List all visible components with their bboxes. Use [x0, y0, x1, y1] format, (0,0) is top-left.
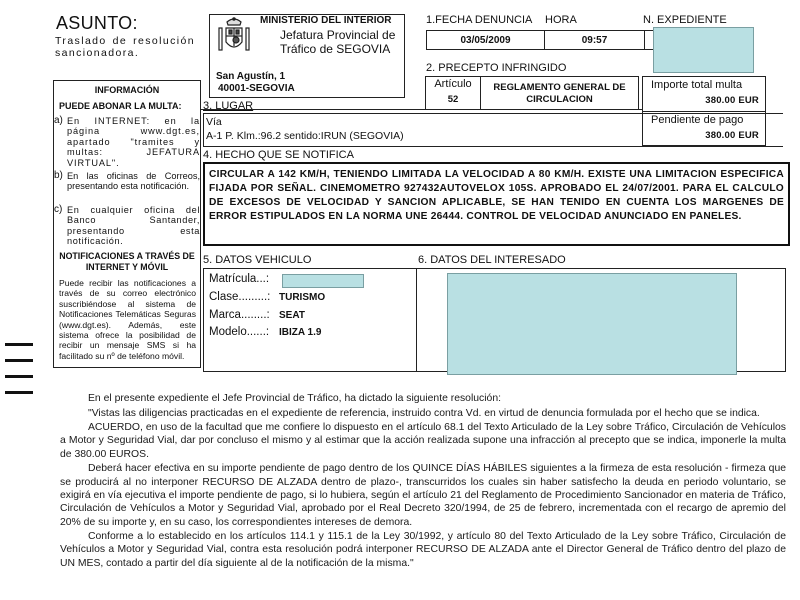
precepto-label: 2. PRECEPTO INFRINGIDO — [426, 62, 566, 74]
hora-value: 09:57 — [545, 31, 645, 49]
resolution-paragraph: Conforme a lo establecido en los artícul… — [60, 530, 786, 570]
matricula-row: Matrícula...: — [209, 273, 279, 285]
matricula-label: Matrícula...: — [209, 273, 279, 285]
clase-value: TURISMO — [279, 291, 325, 303]
lugar-line-1: Vía — [206, 115, 783, 129]
expediente-redacted — [653, 27, 754, 73]
articulo-value: 52 — [426, 94, 480, 105]
fecha-denuncia-value: 03/05/2009 — [427, 31, 545, 49]
interesado-redacted — [447, 273, 737, 375]
lugar-line-2: A-1 P. Klm.:96.2 sentido:IRUN (SEGOVIA) — [206, 129, 783, 143]
ministry-header: MINISTERIO DEL INTERIOR Jefatura Provinc… — [209, 14, 405, 98]
option-text: En las oficinas de Correos, presentando … — [67, 171, 200, 192]
address-postal: 40001-SEGOVIA — [218, 83, 295, 94]
address-street: San Agustín, 1 — [216, 71, 285, 82]
margin-tick — [5, 343, 33, 346]
margin-tick — [5, 391, 33, 394]
ministry-name: MINISTERIO DEL INTERIOR — [260, 15, 392, 26]
vehiculo-box: Matrícula...: Clase.........: TURISMO Ma… — [203, 268, 418, 372]
resolution-paragraph: ACUERDO, en uso de la facultad que me co… — [60, 421, 786, 461]
spanish-coat-of-arms-icon — [216, 16, 252, 56]
info-subtitle: PUEDE ABONAR LA MULTA: — [59, 101, 182, 111]
marca-label: Marca........: — [209, 309, 279, 321]
hecho-text: CIRCULAR A 142 KM/H, TENIENDO LIMITADA L… — [203, 162, 790, 246]
modelo-label: Modelo......: — [209, 326, 279, 338]
marca-value: SEAT — [279, 309, 305, 321]
articulo-label: Artículo — [426, 78, 480, 90]
importe-total-value: 380.00 EUR — [705, 95, 759, 106]
option-mark: c) — [54, 205, 62, 215]
option-mark: a) — [54, 116, 63, 126]
asunto-text: Traslado de resolución sancionadora. — [55, 35, 195, 59]
option-text: En INTERNET: en la página www.dgt.es, ap… — [67, 116, 200, 168]
matricula-redacted — [282, 274, 364, 288]
importe-total-row: Importe total multa 380.00 EUR — [643, 77, 765, 111]
resolution-text: En el presente expediente el Jefe Provin… — [60, 392, 786, 571]
info-title: INFORMACIÓN — [54, 85, 200, 95]
reglamento-value: REGLAMENTO GENERAL DE CIRCULACION — [481, 77, 638, 109]
articulo-cell: Artículo 52 — [426, 77, 481, 109]
clase-row: Clase.........: TURISMO — [209, 291, 325, 303]
margin-tick — [5, 375, 33, 378]
resolution-paragraph: Deberá hacer efectiva en su importe pend… — [60, 462, 786, 528]
marca-row: Marca........: SEAT — [209, 309, 305, 321]
margin-tick — [5, 359, 33, 362]
clase-label: Clase.........: — [209, 291, 279, 303]
notifications-title: NOTIFICACIONES A TRAVÉS DE INTERNET Y MÓ… — [54, 251, 200, 273]
jefatura-line-1: Jefatura Provincial de — [280, 28, 395, 42]
info-box: INFORMACIÓN PUEDE ABONAR LA MULTA: a) En… — [53, 80, 201, 368]
vehiculo-label: 5. DATOS VEHICULO — [203, 254, 311, 266]
hecho-label: 4. HECHO QUE SE NOTIFICA — [203, 149, 354, 161]
modelo-row: Modelo......: IBIZA 1.9 — [209, 326, 321, 338]
divider — [200, 109, 642, 110]
hora-label: HORA — [545, 14, 577, 26]
expediente-label: N. EXPEDIENTE — [643, 14, 727, 26]
notifications-text: Puede recibir las notificaciones a travé… — [59, 278, 196, 361]
jefatura-line-2: Tráfico de SEGOVIA — [280, 42, 390, 56]
resolution-paragraph: "Vistas las diligencias practicadas en e… — [60, 407, 786, 420]
fecha-denuncia-label: 1.FECHA DENUNCIA — [426, 14, 532, 26]
lugar-box: Vía A-1 P. Klm.:96.2 sentido:IRUN (SEGOV… — [203, 113, 783, 147]
payment-option-banco: c) En cualquier oficina del Banco Santan… — [54, 205, 200, 247]
fecha-hora-row: 03/05/2009 09:57 — [426, 30, 673, 50]
interesado-label: 6. DATOS DEL INTERESADO — [418, 254, 566, 266]
modelo-value: IBIZA 1.9 — [279, 326, 321, 338]
option-text: En cualquier oficina del Banco Santander… — [67, 205, 200, 247]
lugar-label: 3. LUGAR — [203, 100, 253, 112]
resolution-paragraph: En el presente expediente el Jefe Provin… — [60, 392, 786, 405]
interesado-box — [416, 268, 786, 372]
precepto-table: Artículo 52 REGLAMENTO GENERAL DE CIRCUL… — [425, 76, 639, 110]
importe-total-label: Importe total multa — [651, 79, 742, 91]
asunto-title: ASUNTO: — [56, 13, 138, 34]
option-mark: b) — [54, 171, 63, 181]
payment-option-correos: b) En las oficinas de Correos, presentan… — [54, 171, 200, 192]
payment-option-internet: a) En INTERNET: en la página www.dgt.es,… — [54, 116, 200, 168]
